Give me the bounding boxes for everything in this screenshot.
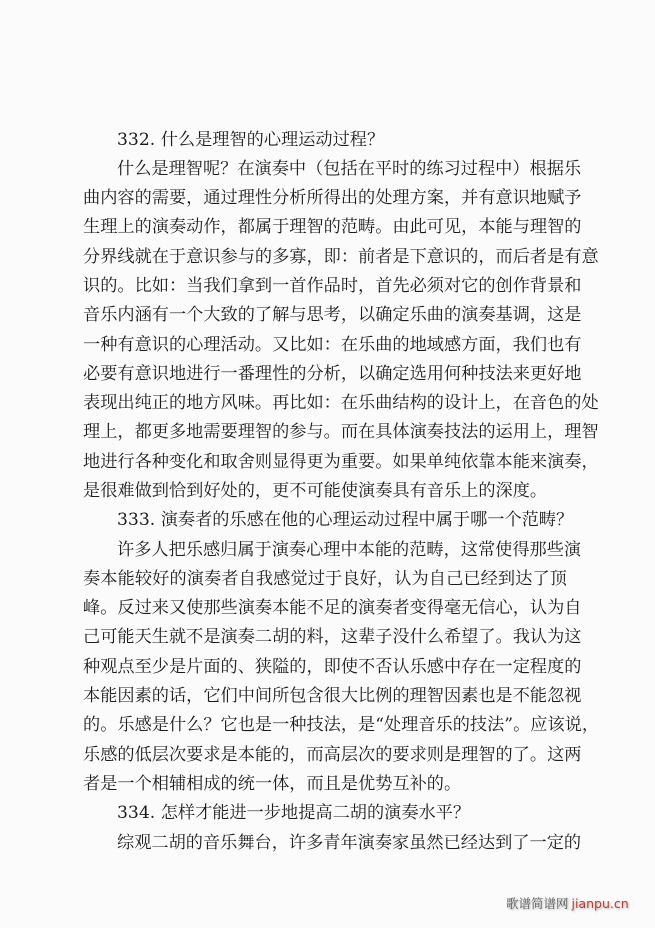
- book-page: 332. 什么是理智的心理运动过程？ 什么是理智呢？在演奏中（包括在平时的练习过…: [0, 0, 655, 928]
- watermark-site-name: 歌谱简谱网: [506, 896, 569, 911]
- paragraph-line: 本能因素的话，它们中间所包含很大比例的理智因素也是不能忽视: [83, 682, 567, 711]
- paragraph-line: 综观二胡的音乐舞台，许多青年演奏家虽然已经达到了一定的: [117, 829, 567, 858]
- paragraph-line: 音乐内涵有一个大致的了解与思考，以确定乐曲的演奏基调，这是: [83, 301, 567, 330]
- paragraph-line: 什么是理智呢？在演奏中（包括在平时的练习过程中）根据乐: [117, 155, 567, 184]
- watermark: 歌谱简谱网jianpu.cn: [506, 894, 629, 912]
- paragraph-line: 一种有意识的心理活动。又比如：在乐曲的地域感方面，我们也有: [83, 331, 567, 360]
- watermark-domain: jianpu.cn: [572, 896, 629, 911]
- section-heading-334: 334. 怎样才能进一步地提高二胡的演奏水平？: [117, 799, 567, 828]
- paragraph-line: 己可能天生就不是演奏二胡的料，这辈子没什么希望了。我认为这: [83, 623, 567, 652]
- paragraph-line: 曲内容的需要，通过理性分析所得出的处理方案，并有意识地赋予: [83, 184, 567, 213]
- paragraph-line: 表现出纯正的地方风味。再比如：在乐曲结构的设计上，在音色的处: [83, 389, 567, 418]
- paragraph-line: 生理上的演奏动作，都属于理智的范畴。由此可见，本能与理智的: [83, 213, 567, 242]
- paragraph-line: 是很难做到恰到好处的，更不可能使演奏具有音乐上的深度。: [83, 477, 567, 506]
- paragraph-line: 乐感的低层次要求是本能的，而高层次的要求则是理智的了。这两: [83, 741, 567, 770]
- paragraph-line: 理上，都更多地需要理智的参与。而在具体演奏技法的运用上，理智: [83, 418, 567, 447]
- paragraph-line: 地进行各种变化和取舍则显得更为重要。如果单纯依靠本能来演奏，: [83, 448, 567, 477]
- paragraph-line: 种观点至少是片面的、狭隘的，即使不否认乐感中存在一定程度的: [83, 653, 567, 682]
- paragraph-line: 奏本能较好的演奏者自我感觉过于良好，认为自己已经到达了顶: [83, 565, 567, 594]
- paragraph-line: 必要有意识地进行一番理性的分析，以确定选用何种技法来更好地: [83, 360, 567, 389]
- paragraph-line: 分界线就在于意识参与的多寡，即：前者是下意识的，而后者是有意: [83, 243, 567, 272]
- section-heading-333: 333. 演奏者的乐感在他的心理运动过程中属于哪一个范畴？: [117, 506, 567, 535]
- section-heading-332: 332. 什么是理智的心理运动过程？: [117, 126, 567, 155]
- paragraph-line: 峰。反过来又使那些演奏本能不足的演奏者变得毫无信心，认为自: [83, 594, 567, 623]
- paragraph-line: 者是一个相辅相成的统一体，而且是优势互补的。: [83, 770, 567, 799]
- paragraph-line: 的。乐感是什么？它也是一种技法，是“处理音乐的技法”。应该说，: [83, 711, 567, 740]
- paragraph-line: 识的。比如：当我们拿到一首作品时，首先必须对它的创作背景和: [83, 272, 567, 301]
- paragraph-line: 许多人把乐感归属于演奏心理中本能的范畴，这常使得那些演: [117, 536, 567, 565]
